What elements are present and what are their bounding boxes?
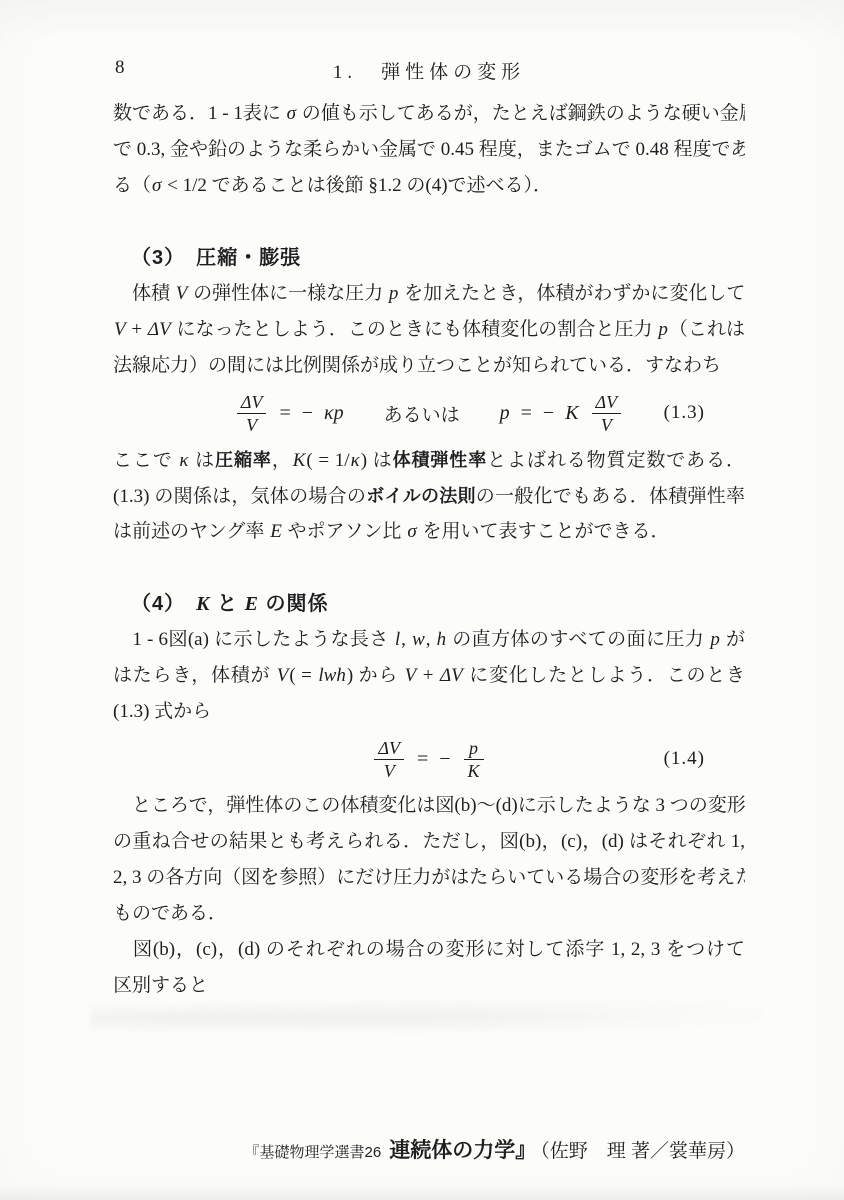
text-line: V + ΔV になったとしよう．このときにも体積変化の割合と圧力 p（これは [113, 312, 745, 348]
text-line: 図(b)，(c)，(d) のそれぞれの場合の変形に対して添字 1, 2, 3 を… [113, 932, 745, 968]
equation-operator: = − [417, 748, 451, 771]
page-header: 8 1. 弾性体の変形 [113, 57, 745, 83]
equation-rhs: p = − K [500, 402, 579, 425]
section-heading-3: （3） 圧縮・膨張 [113, 240, 745, 276]
book-title: 連続体の力学』 [389, 1139, 536, 1162]
text-line: の重ね合せの結果とも考えられる．ただし，図(b)，(c)，(d) はそれぞれ 1… [113, 824, 745, 860]
equation-body: ΔV V = − p K [367, 737, 490, 782]
page-footer: 『基礎物理学選書26連続体の力学』（佐野 理 著／裳華房） [113, 1134, 745, 1164]
text-line: ものである． [113, 896, 745, 932]
equation-number-1-4: (1.4) [664, 748, 705, 770]
fraction-denominator: V [592, 414, 622, 436]
text-line: ここで κ は圧縮率，K( = 1/κ) は体積弾性率とよばれる物質定数である． [113, 442, 745, 478]
body-text: 数である．1 - 1表に σ の値も示してあるが，たとえば鋼鉄のような硬い金属 … [113, 96, 745, 1004]
section-heading-4: （4） K と E の関係 [113, 586, 745, 622]
text-line: で 0.3, 金や鉛のような柔らかい金属で 0.45 程度，またゴムで 0.48… [113, 132, 745, 168]
book-page: 8 1. 弾性体の変形 数である．1 - 1表に σ の値も示してあるが，たとえ… [0, 0, 844, 1200]
fraction-numerator: ΔV [592, 391, 622, 414]
scan-artifact-top [0, 0, 844, 42]
text-line: (1.3) の関係は，気体の場合のボイルの法則の一般化でもある．体積弾性率 [113, 478, 745, 514]
book-credit: （佐野 理 著／裳華房） [540, 1141, 745, 1162]
fraction-denominator: V [237, 414, 267, 436]
fraction-dv-over-v: ΔV V [237, 391, 267, 436]
page-number: 8 [115, 57, 125, 79]
text-line: 体積 V の弾性体に一様な圧力 p を加えたとき，体積がわずかに変化して [113, 276, 745, 312]
paragraph-compression: 体積 V の弾性体に一様な圧力 p を加えたとき，体積がわずかに変化して V +… [113, 276, 745, 384]
text-line: 区別すると [113, 968, 745, 1004]
fraction-dv-over-v: ΔV V [374, 737, 404, 782]
fraction-numerator: ΔV [374, 737, 404, 760]
text-line: は前述のヤング率 E やポアソン比 σ を用いて表すことができる． [113, 514, 745, 550]
text-line: 2, 3 の各方向（図を参照）にだけ圧力がはたらいている場合の変形を考えた [113, 860, 745, 896]
text-line: 法線応力）の間には比例関係が成り立つことが知られている．すなわち [113, 348, 745, 384]
text-line: ところで，弾性体のこの体積変化は図(b)～(d)に示したような 3 つの変形 [113, 788, 745, 824]
text-line: 数である．1 - 1表に σ の値も示してあるが，たとえば鋼鉄のような硬い金属 [113, 96, 745, 132]
scan-artifact-smudge [90, 1000, 764, 1036]
paragraph-k-e-relation: 1 - 6図(a) に示したような長さ l, w, h の直方体のすべての面に圧… [113, 622, 745, 730]
paragraph-bulk-modulus: ここで κ は圧縮率，K( = 1/κ) は体積弾性率とよばれる物質定数である．… [113, 442, 745, 550]
equation-operator: = − κp [279, 402, 343, 425]
equation-body: ΔV V = − κp あるいは p = − K ΔV V [230, 391, 628, 436]
text-line: はたらき，体積が V( = lwh) から V + ΔV に変化したとしよう．こ… [113, 658, 745, 694]
equation-word-or: あるいは [384, 400, 460, 427]
fraction-p-over-k: p K [464, 737, 484, 782]
fraction-numerator: ΔV [237, 391, 267, 414]
fraction-dv-over-v: ΔV V [592, 391, 622, 436]
equation-number-1-3: (1.3) [664, 402, 705, 424]
text-line: (1.3) 式から [113, 694, 745, 730]
paragraph-continuation: 数である．1 - 1表に σ の値も示してあるが，たとえば鋼鉄のような硬い金属 … [113, 96, 745, 204]
paragraph-subscripts: 図(b)，(c)，(d) のそれぞれの場合の変形に対して添字 1, 2, 3 を… [113, 932, 745, 1004]
paragraph-superposition: ところで，弾性体のこの体積変化は図(b)～(d)に示したような 3 つの変形 の… [113, 788, 745, 932]
text-line: る（σ < 1/2 であることは後節 §1.2 の(4)で述べる）． [113, 168, 745, 204]
scan-artifact-bottom [0, 1184, 844, 1200]
running-title: 1. 弾性体の変形 [113, 57, 745, 84]
text-line: 1 - 6図(a) に示したような長さ l, w, h の直方体のすべての面に圧… [113, 622, 745, 658]
equation-1-3: ΔV V = − κp あるいは p = − K ΔV V (1.3) [113, 384, 745, 442]
equation-1-4: ΔV V = − p K (1.4) [113, 730, 745, 788]
book-series: 『基礎物理学選書26 [245, 1144, 382, 1161]
fraction-denominator: K [464, 760, 484, 782]
fraction-numerator: p [464, 737, 484, 760]
fraction-denominator: V [374, 760, 404, 782]
